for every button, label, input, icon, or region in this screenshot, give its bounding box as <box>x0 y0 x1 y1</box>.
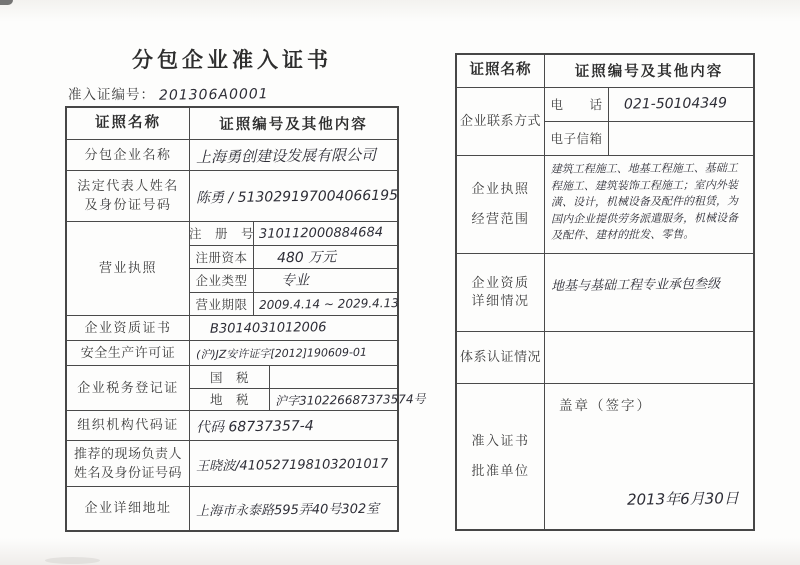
company-type-value: 专业 <box>259 270 309 291</box>
local-tax-cell: 沪字310226687373574号 <box>270 389 397 411</box>
left-header-row: 证照名称 证照编号及其他内容 <box>67 108 397 139</box>
business-scope-label-line2: 经营范围 <box>471 204 529 234</box>
local-tax-row: 地 税 沪字310226687373574号 <box>190 388 397 411</box>
company-name-value: 上海勇创建设发展有限公司 <box>196 143 376 167</box>
approval-row: 准入证书 批准单位 盖章（签字） 2013年6月30日 <box>457 383 753 529</box>
reg-capital-cell: 480 万元 <box>254 246 397 269</box>
local-tax-label: 地 税 <box>190 389 270 411</box>
business-scope-label-line1: 企业执照 <box>471 174 529 204</box>
tax-registration-row: 企业税务登记证 国 税 地 税 沪字310226687373574号 <box>67 365 397 410</box>
qualification-detail-cell: 地基与基础工程专业承包叁级 <box>545 254 753 331</box>
company-name-row: 分包企业名称 上海勇创建设发展有限公司 <box>67 139 397 170</box>
approval-date-value: 2013年6月30日 <box>627 487 739 510</box>
email-row: 电子信箱 <box>545 121 753 155</box>
business-license-subtable: 注 册 号 310112000884684 注册资本 480 万元 企业类型 专… <box>190 222 397 315</box>
contact-label: 企业联系方式 <box>457 88 545 155</box>
address-cell: 上海市永泰路595弄40号302室 <box>190 487 397 530</box>
legal-rep-label-line1: 法定代表人姓名 <box>77 177 179 196</box>
address-row: 企业详细地址 上海市永泰路595弄40号302室 <box>67 486 397 530</box>
safety-permit-row: 安全生产许可证 (沪)JZ安许证字[2012]190609-01 <box>67 340 397 365</box>
org-code-cell: 代码 68737357-4 <box>190 411 397 440</box>
company-name-cell: 上海勇创建设发展有限公司 <box>190 140 397 170</box>
business-term-cell: 2009.4.14 ~ 2029.4.13 <box>254 293 397 316</box>
email-label: 电子信箱 <box>545 122 609 155</box>
certificate-number-value: 201306A0001 <box>159 86 269 104</box>
contact-subtable: 电 话 021-50104349 电子信箱 <box>545 88 753 155</box>
business-term-label: 营业期限 <box>190 293 254 316</box>
qualification-detail-label-line2: 详细情况 <box>471 292 529 311</box>
business-term-value: 2009.4.14 ~ 2029.4.13 <box>259 296 399 312</box>
phone-row: 电 话 021-50104349 <box>545 88 753 121</box>
system-cert-row: 体系认证情况 <box>457 331 753 383</box>
safety-permit-value: (沪)JZ安许证字[2012]190609-01 <box>196 344 367 362</box>
reg-no-cell: 310112000884684 <box>254 222 397 245</box>
certificate-number-label: 准入证编号： <box>68 87 155 102</box>
tax-registration-subtable: 国 税 地 税 沪字310226687373574号 <box>190 366 397 410</box>
approval-label-line2: 批准单位 <box>471 456 529 486</box>
org-code-row: 组织机构代码证 代码 68737357-4 <box>67 410 397 440</box>
org-code-label: 组织机构代码证 <box>67 411 190 440</box>
qualification-detail-value: 地基与基础工程专业承包叁级 <box>551 273 720 294</box>
business-license-label: 营业执照 <box>67 222 190 315</box>
legal-rep-label: 法定代表人姓名 及身份证号码 <box>67 171 190 221</box>
business-scope-value: 建筑工程施工、地基工程施工、基础工程施工、建筑装饰工程施工；室内外装潢、设计，机… <box>551 160 748 244</box>
org-code-value: 代码 68737357-4 <box>196 415 314 437</box>
business-scope-row: 企业执照 经营范围 建筑工程施工、地基工程施工、基础工程施工、建筑装饰工程施工；… <box>457 155 753 254</box>
phone-value: 021-50104349 <box>614 95 727 113</box>
certificate-number-line: 准入证编号： 201306A0001 <box>68 83 269 103</box>
reg-no-label: 注 册 号 <box>190 222 254 245</box>
business-license-row: 营业执照 注 册 号 310112000884684 注册资本 480 万元 企… <box>67 221 397 315</box>
reg-capital-row: 注册资本 480 万元 <box>190 245 397 269</box>
safety-permit-label: 安全生产许可证 <box>67 341 190 365</box>
site-manager-label-line1: 推荐的现场负责人 <box>74 445 182 464</box>
company-type-label: 企业类型 <box>190 269 254 292</box>
reg-no-value: 310112000884684 <box>259 225 383 242</box>
safety-permit-cell: (沪)JZ安许证字[2012]190609-01 <box>190 341 397 365</box>
approval-cell: 盖章（签字） 2013年6月30日 <box>545 384 753 529</box>
company-type-row: 企业类型 专业 <box>190 268 397 292</box>
qualification-detail-label: 企业资质 详细情况 <box>457 254 545 331</box>
scan-artifact-smudge <box>45 557 100 564</box>
qualification-detail-label-line1: 企业资质 <box>471 274 529 293</box>
address-label: 企业详细地址 <box>67 487 190 530</box>
national-tax-label: 国 税 <box>190 366 270 388</box>
tax-registration-label: 企业税务登记证 <box>67 366 190 410</box>
scan-artifact-corner <box>0 0 13 5</box>
company-type-cell: 专业 <box>254 269 397 292</box>
business-scope-label: 企业执照 经营范围 <box>457 156 545 254</box>
email-cell <box>609 122 753 155</box>
right-header-row: 证照名称 证照编号及其他内容 <box>457 55 753 87</box>
seal-signature-label: 盖章（签字） <box>559 394 652 414</box>
site-manager-value: 王晓波/410527198103201017 <box>196 453 389 475</box>
left-table: 证照名称 证照编号及其他内容 分包企业名称 上海勇创建设发展有限公司 法定代表人… <box>65 106 399 532</box>
right-table: 证照名称 证照编号及其他内容 企业联系方式 电 话 021-50104349 电… <box>455 53 755 531</box>
qualification-cert-cell: B3014031012006 <box>190 316 397 340</box>
business-scope-cell: 建筑工程施工、地基工程施工、基础工程施工、建筑装饰工程施工；室内外装潢、设计，机… <box>545 156 753 254</box>
local-tax-value: 沪字310226687373574号 <box>275 390 426 409</box>
approval-label: 准入证书 批准单位 <box>457 384 545 529</box>
system-cert-label: 体系认证情况 <box>457 332 545 383</box>
right-header-content-col: 证照编号及其他内容 <box>545 55 753 87</box>
reg-capital-value: 480 万元 <box>259 246 336 267</box>
scanned-certificate-page: 分包企业准入证书 准入证编号： 201306A0001 证照名称 证照编号及其他… <box>0 0 800 565</box>
reg-no-row: 注 册 号 310112000884684 <box>190 222 397 245</box>
legal-rep-cell: 陈勇 / 513029197004066195 <box>190 171 397 221</box>
system-cert-cell <box>545 332 753 383</box>
legal-rep-label-line2: 及身份证号码 <box>84 196 171 215</box>
site-manager-cell: 王晓波/410527198103201017 <box>190 441 397 486</box>
approval-label-line1: 准入证书 <box>471 426 529 456</box>
qualification-detail-row: 企业资质 详细情况 地基与基础工程专业承包叁级 <box>457 253 753 331</box>
company-name-label: 分包企业名称 <box>67 140 190 170</box>
phone-label: 电 话 <box>545 88 609 121</box>
contact-row: 企业联系方式 电 话 021-50104349 电子信箱 <box>457 87 753 155</box>
page-title: 分包企业准入证书 <box>65 44 399 74</box>
legal-rep-value: 陈勇 / 513029197004066195 <box>196 185 398 208</box>
site-manager-label-line2: 姓名及身份证号码 <box>74 464 182 483</box>
reg-capital-label: 注册资本 <box>190 246 254 269</box>
qualification-cert-label: 企业资质证书 <box>67 316 190 340</box>
address-value: 上海市永泰路595弄40号302室 <box>196 498 379 520</box>
site-manager-row: 推荐的现场负责人 姓名及身份证号码 王晓波/410527198103201017 <box>67 440 397 486</box>
right-header-name-col: 证照名称 <box>457 55 545 87</box>
left-header-name-col: 证照名称 <box>67 108 190 139</box>
business-term-row: 营业期限 2009.4.14 ~ 2029.4.13 <box>190 292 397 316</box>
phone-cell: 021-50104349 <box>609 88 753 121</box>
legal-rep-row: 法定代表人姓名 及身份证号码 陈勇 / 513029197004066195 <box>67 170 397 221</box>
national-tax-row: 国 税 <box>190 366 397 388</box>
left-header-content-col: 证照编号及其他内容 <box>190 108 397 139</box>
qualification-cert-value: B3014031012006 <box>196 320 327 337</box>
national-tax-cell <box>270 366 397 388</box>
site-manager-label: 推荐的现场负责人 姓名及身份证号码 <box>67 441 190 486</box>
qualification-cert-row: 企业资质证书 B3014031012006 <box>67 315 397 340</box>
